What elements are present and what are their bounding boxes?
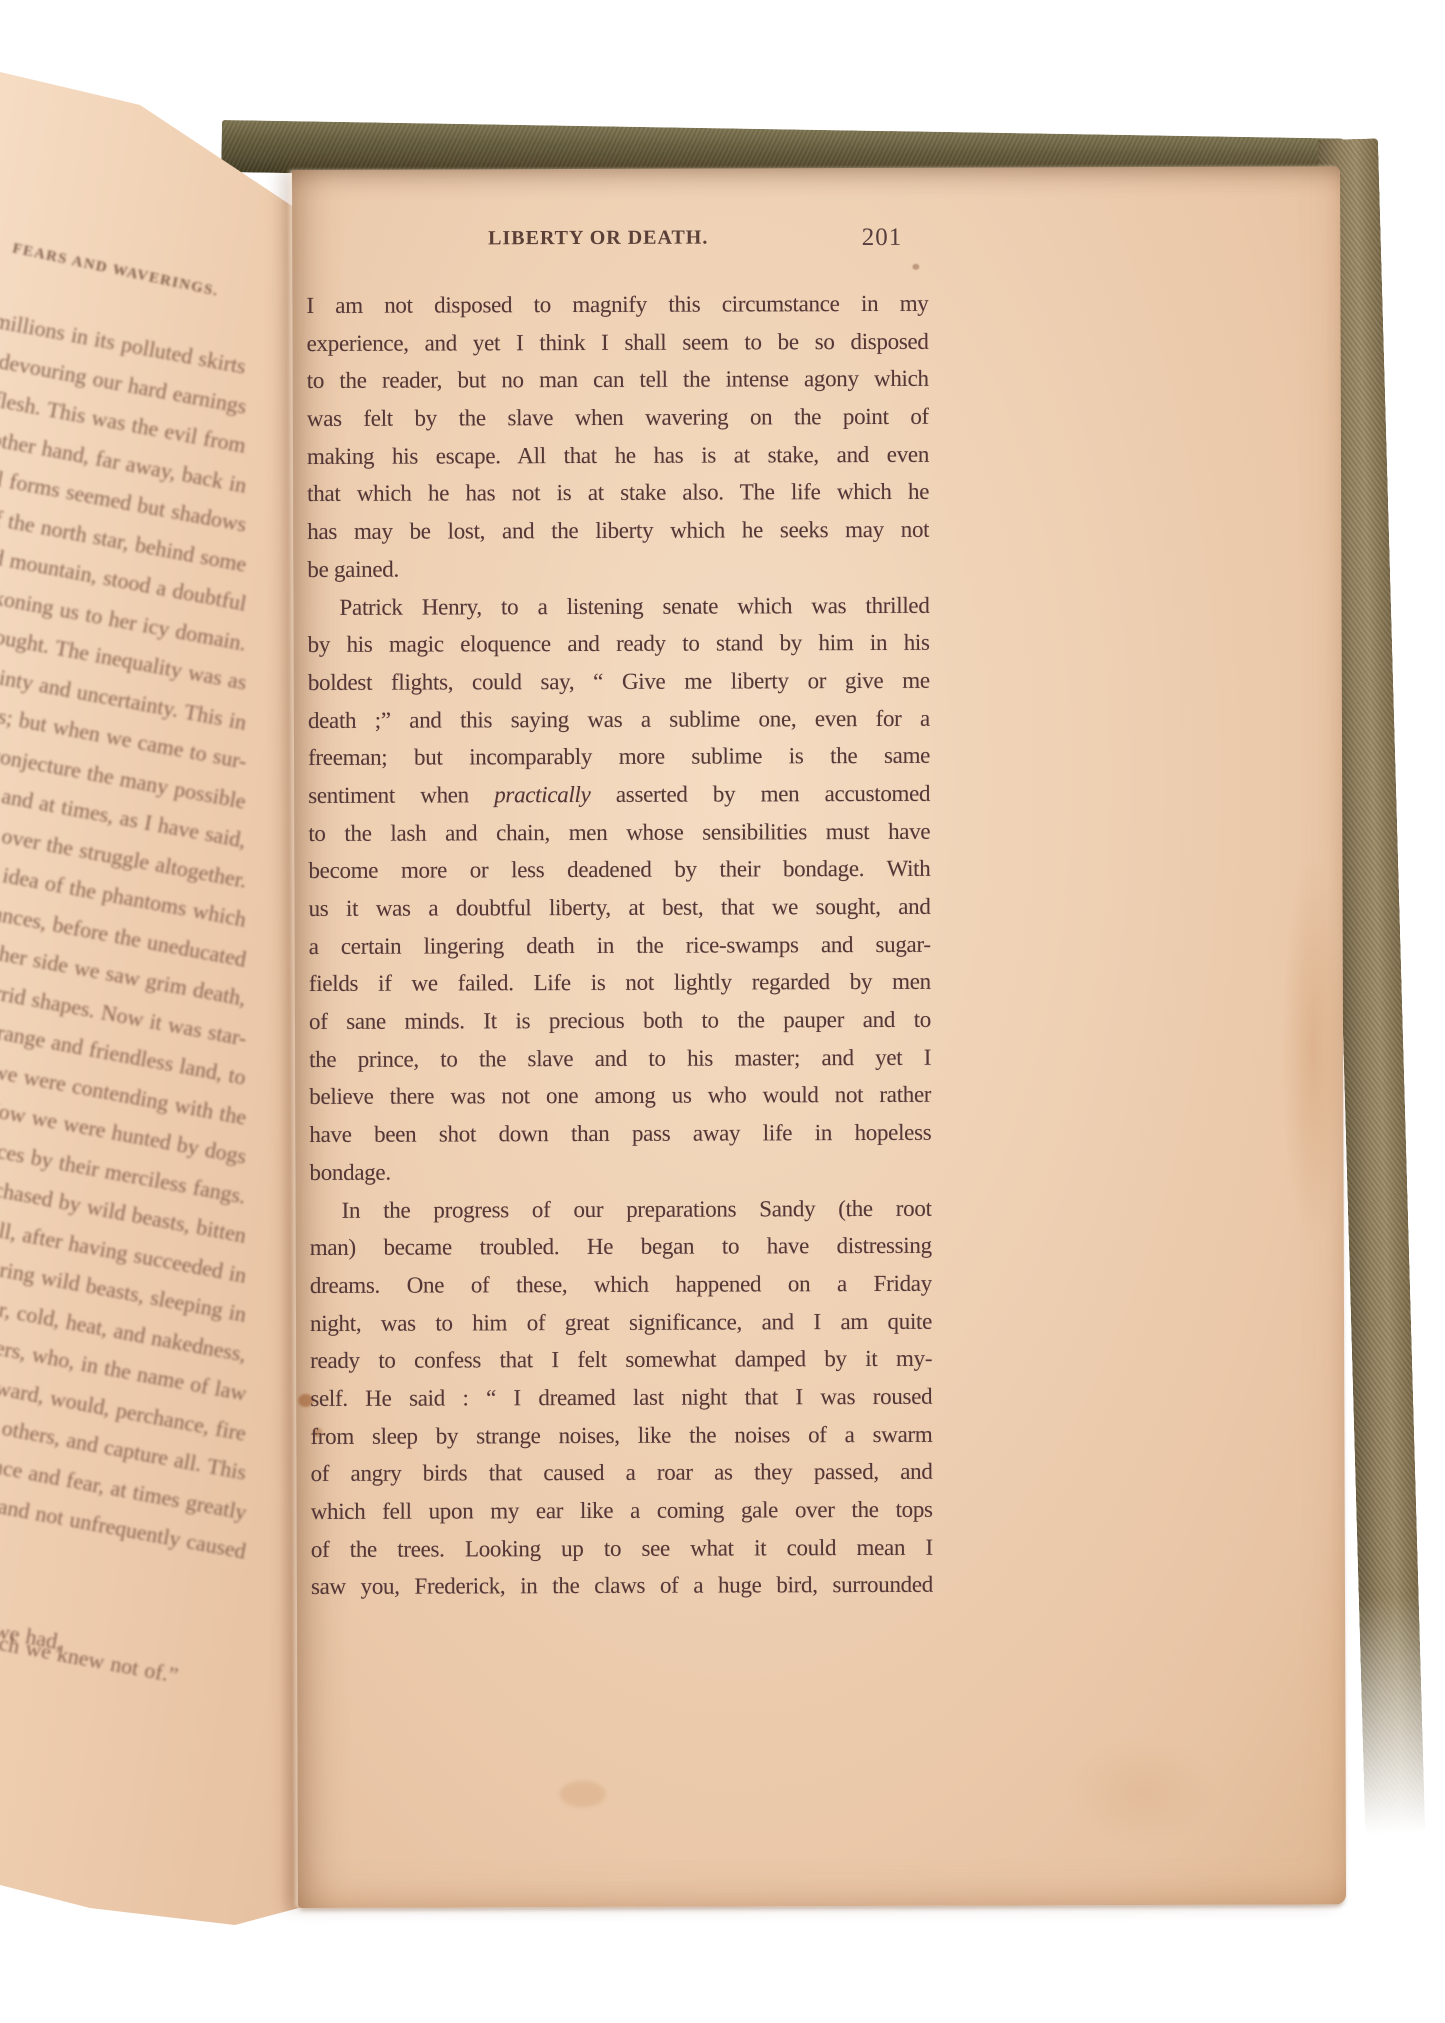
left-page-footer-line: which we knew not of.” [0, 1622, 181, 1691]
running-header: LIBERTY OR DEATH. [287, 226, 909, 251]
text-line: by his magic eloquence and ready to stan… [308, 624, 930, 664]
text-line: have been shot down than pass away life … [309, 1114, 931, 1154]
paragraph: Patrick Henry, to a listening senate whi… [307, 586, 931, 1191]
text-line: dreams. One of these, which happened on … [310, 1265, 932, 1305]
text-line: to the reader, but no man can tell the i… [307, 360, 929, 400]
text-line: us it was a doubtful liberty, at best, t… [309, 888, 931, 928]
page-stain [1280, 854, 1345, 1244]
text-line: In the progress of our preparations Sand… [310, 1189, 932, 1229]
text-line: night, was to him of great significance,… [310, 1302, 932, 1342]
left-page-running-header: FEARS AND WAVERINGS. [10, 240, 219, 300]
text-line: which fell upon my ear like a coming gal… [311, 1491, 933, 1531]
page-number: 201 [862, 224, 903, 252]
page-stain [560, 1781, 606, 1807]
text-line: of angry birds that caused a roar as the… [310, 1453, 932, 1493]
text-line: bondage. [309, 1152, 931, 1192]
right-page-body: I am not disposed to magnify this circum… [306, 285, 933, 1606]
text-line: man) became troubled. He began to have d… [310, 1227, 932, 1267]
right-page-header-row: LIBERTY OR DEATH. 201 [306, 226, 928, 268]
text-line: boldest flights, could say, “ Give me li… [308, 662, 930, 702]
text-line: making his escape. All that he has is at… [307, 436, 929, 476]
text-line: become more or less deadened by their bo… [308, 850, 930, 890]
text-line: the prince, to the slave and to his mast… [309, 1039, 931, 1079]
text-line: of the trees. Looking up to see what it … [311, 1528, 933, 1568]
text-line: death ;” and this saying was a sublime o… [308, 699, 930, 739]
right-page: LIBERTY OR DEATH. 201 I am not disposed … [292, 166, 1346, 1908]
text-line: experience, and yet I think I shall seem… [307, 322, 929, 362]
text-line: a certain lingering death in the rice-sw… [309, 925, 931, 965]
text-line: saw you, Frederick, in the claws of a hu… [311, 1566, 933, 1606]
text-line: ready to confess that I felt somewhat da… [310, 1340, 932, 1380]
text-line: that which he has not is at stake also. … [307, 473, 929, 513]
text-line: be gained. [307, 549, 929, 589]
paragraph: In the progress of our preparations Sand… [310, 1189, 933, 1606]
book-photo: FEARS AND WAVERINGS. the blood of millio… [0, 0, 1445, 2023]
text-line: Patrick Henry, to a listening senate whi… [307, 586, 929, 626]
text-line: self. He said : “ I dreamed last night t… [310, 1378, 932, 1418]
page-stain [1067, 1737, 1217, 1848]
text-line: of sane minds. It is precious both to th… [309, 1001, 931, 1041]
text-line: I am not disposed to magnify this circum… [306, 285, 928, 325]
left-page: FEARS AND WAVERINGS. the blood of millio… [0, 0, 310, 2023]
text-line: believe there was not one among us who w… [309, 1076, 931, 1116]
text-line: fields if we failed. Life is not lightly… [309, 963, 931, 1003]
text-line: freeman; but incomparably more sublime i… [308, 737, 930, 777]
paragraph: I am not disposed to magnify this circum… [306, 285, 929, 589]
text-line: to the lash and chain, men whose sensibi… [308, 812, 930, 852]
text-line: from sleep by strange noises, like the n… [310, 1415, 932, 1455]
text-line: has may be lost, and the liberty which h… [307, 511, 929, 551]
text-line: sentiment when practically asserted by m… [308, 775, 930, 815]
text-line: was felt by the slave when wavering on t… [307, 398, 929, 438]
